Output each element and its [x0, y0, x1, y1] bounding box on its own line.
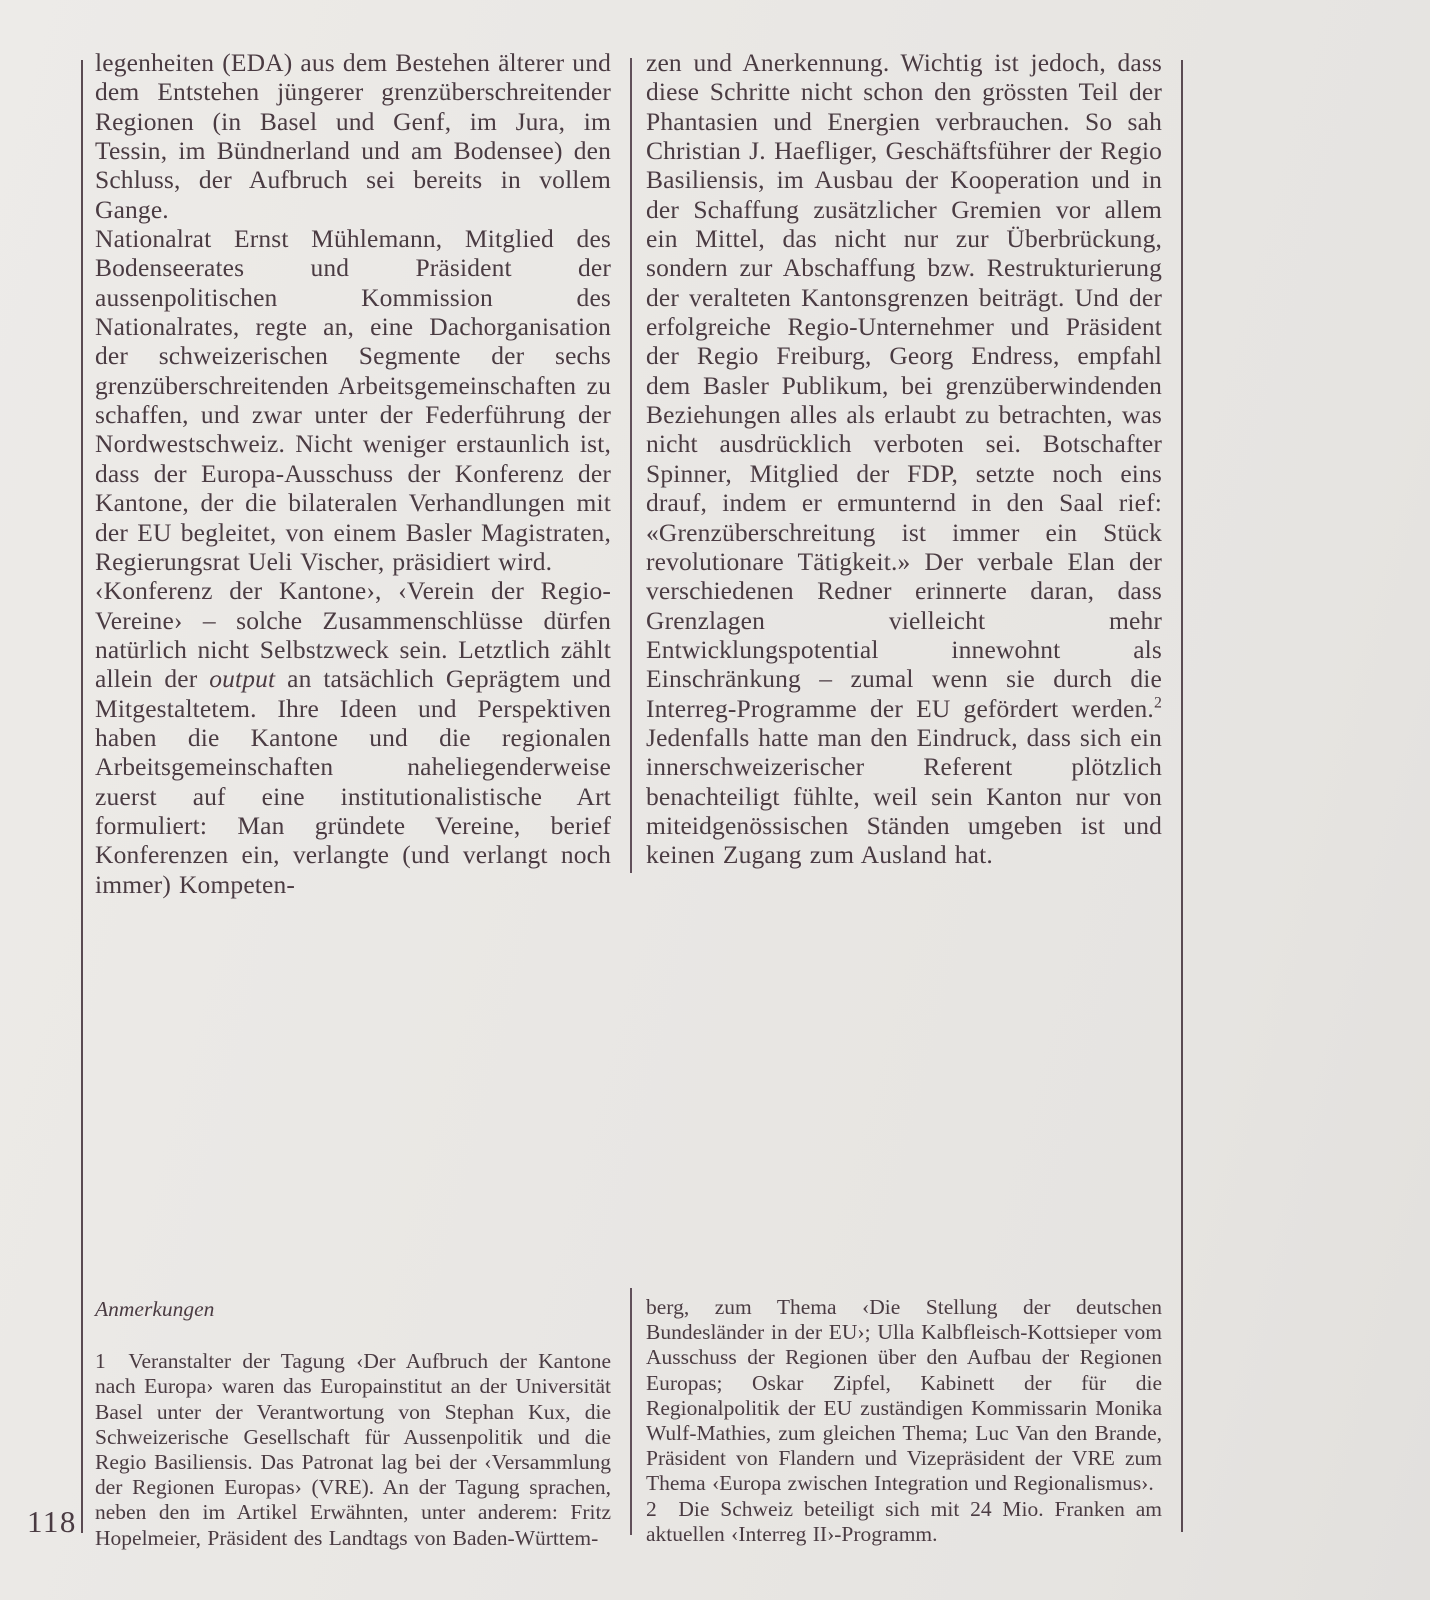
italic-word: output	[209, 664, 275, 693]
left-margin-rule	[81, 60, 83, 1533]
right-margin-rule	[1181, 60, 1183, 1532]
page-scan: legenheiten (EDA) aus dem Bestehen älter…	[0, 0, 1430, 1600]
paragraph-continuation: legenheiten (EDA) aus dem Bestehen älter…	[95, 48, 611, 224]
column-divider	[630, 58, 632, 873]
paragraph-text: zen und Anerkennung. Wichtig ist jedoch,…	[646, 48, 1162, 723]
footnote-reference-2: 2	[1154, 694, 1162, 711]
page-number: 118	[27, 1504, 77, 1540]
paragraph-text: an tatsächlich Geprägtem und Mitgestalte…	[95, 664, 611, 898]
paragraph-text: Jedenfalls hatte man den Eindruck, dass …	[646, 723, 1162, 869]
main-text-left-column: legenheiten (EDA) aus dem Bestehen älter…	[95, 48, 611, 899]
paragraph-continuation: zen und Anerkennung. Wichtig ist jedoch,…	[646, 48, 1162, 870]
footnote-column-divider	[630, 1288, 632, 1535]
footnotes-heading: Anmerkungen	[95, 1297, 611, 1322]
footnote-1-right-part: berg, zum Thema ‹Die Stellung der deutsc…	[646, 1295, 1162, 1497]
paragraph: ‹Konferenz der Kantone›, ‹Verein der Reg…	[95, 576, 611, 899]
main-text-right-column: zen und Anerkennung. Wichtig ist jedoch,…	[646, 48, 1162, 870]
footnote-2: 2 Die Schweiz beteiligt sich mit 24 Mio.…	[646, 1497, 1162, 1547]
footnotes-left-column: Anmerkungen 1 Veranstalter der Tagung ‹D…	[95, 1297, 611, 1551]
footnote-1-left-part: 1 Veranstalter der Tagung ‹Der Aufbruch …	[95, 1349, 611, 1551]
paragraph: Nationalrat Ernst Mühlemann, Mitglied de…	[95, 224, 611, 576]
footnotes-right-column: berg, zum Thema ‹Die Stellung der deutsc…	[646, 1295, 1162, 1547]
